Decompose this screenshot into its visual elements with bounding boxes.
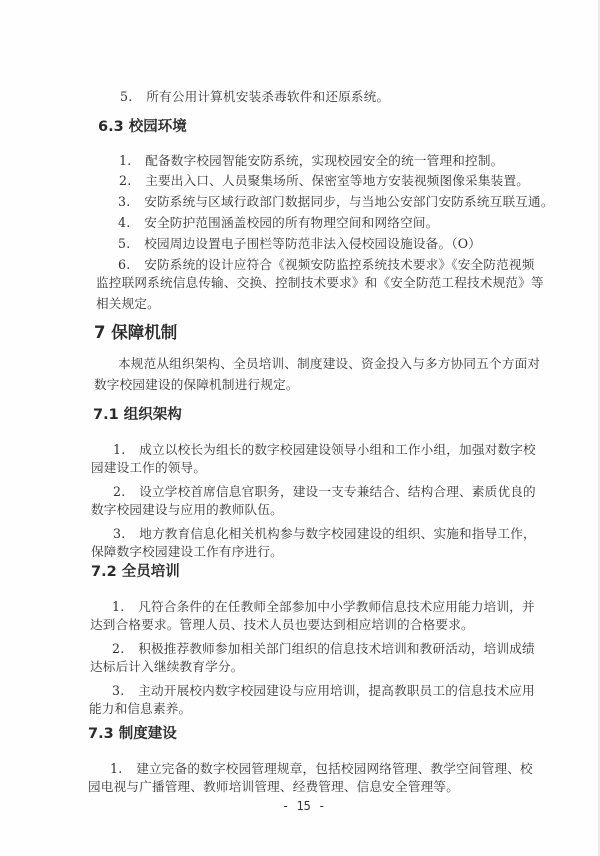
list-item-continuation: 园建设工作的领导。 [91,460,206,476]
paragraph-line: 本规范从组织架构、全员培训、制度建设、资金投入与多方协同五个方面对 [118,356,540,372]
list-number: 1. [112,599,134,614]
list-item-continuation: 保障数字校园建设工作有序进行。 [91,544,283,560]
section-heading-7-1: 7.1 组织架构 [93,403,182,424]
list-number: 3. [118,194,140,209]
document-page: 5. 所有公用计算机安装杀毒软件和还原系统。 6.3 校园环境 1. 配备数字校… [0,0,600,856]
list-number: 1. [113,442,135,457]
list-item: 1. 建立完备的数字校园管理规章，包括校园网络管理、教学空间管理、校 [110,758,533,777]
list-text: 成立以校长为组长的数字校园建设领导小组和工作小组，加强对数字校 [139,442,536,457]
list-number: 3. [112,683,134,698]
list-item: 1. 成立以校长为组长的数字校园建设领导小组和工作小组，加强对数字校 [113,439,536,458]
list-number: 1. [110,761,132,776]
list-item-continuation: 达标后计入继续教育学分。 [90,659,244,675]
list-text: 安全防护范围涵盖校园的所有物理空间和网络空间。 [144,215,438,230]
list-text: 积极推荐教师参加相关部门组织的信息技术培训和教研活动，培训成绩 [138,641,535,656]
list-text: 主动开展校内数字校园建设与应用培训，提高教职员工的信息技术应用 [138,683,535,698]
section-heading-6-3: 6.3 校园环境 [98,115,187,136]
list-item: 1. 配备数字校园智能安防系统，实现校园安全的统一管理和控制。 [119,150,503,169]
list-text: 配备数字校园智能安防系统，实现校园安全的统一管理和控制。 [145,153,503,168]
list-number: 6. [118,257,140,272]
list-item: 2. 积极推荐教师参加相关部门组织的信息技术培训和教研活动，培训成绩 [112,638,535,657]
list-item-continuation: 园电视与广播管理、教师培训管理、经费管理、信息安全管理等。 [88,779,459,795]
list-text: 安防系统的设计应符合《视频安防监控系统技术要求》《安全防范视频 [144,257,534,272]
list-item: 6. 安防系统的设计应符合《视频安防监控系统技术要求》《安全防范视频 [118,254,535,273]
list-item-continuation: 能力和信息素养。 [89,701,191,717]
list-text: 凡符合条件的在任教师全部参加中小学教师信息技术应用能力培训，并 [138,599,535,614]
list-number: 2. [112,641,134,656]
paragraph-line: 数字校园建设的保障机制进行规定。 [94,377,299,393]
list-number: 2. [113,484,135,499]
list-text: 地方教育信息化相关机构参与数字校园建设的组织、实施和指导工作， [139,526,536,541]
list-number: 5. [120,89,142,104]
list-text: 所有公用计算机安装杀毒软件和还原系统。 [146,89,389,104]
chapter-heading-7: 7 保障机制 [94,319,177,343]
list-item-continuation: 数字校园建设与应用的教师队伍。 [91,502,283,518]
list-item: 4. 安全防护范围涵盖校园的所有物理空间和网络空间。 [118,212,438,231]
list-item: 3. 安防系统与区域行政部门数据同步，与当地公安部门安防系统互联互通。 [118,191,554,210]
list-number: 3. [113,526,135,541]
list-number: 5. [118,236,140,251]
list-text: 主要出入口、人员聚集场所、保密室等地方安装视频图像采集装置。 [145,173,529,188]
list-item: 2. 主要出入口、人员聚集场所、保密室等地方安装视频图像采集装置。 [119,170,529,189]
section-heading-7-2: 7.2 全员培训 [91,560,180,581]
section-heading-7-3: 7.3 制度建设 [88,722,177,743]
list-text: 建立完备的数字校园管理规章，包括校园网络管理、教学空间管理、校 [136,761,533,776]
list-item: 2. 设立学校首席信息官职务，建设一支专兼结合、结构合理、素质优良的 [113,481,536,500]
list-number: 1. [119,153,141,168]
list-item: 5. 所有公用计算机安装杀毒软件和还原系统。 [120,86,389,105]
list-text: 设立学校首席信息官职务，建设一支专兼结合、结构合理、素质优良的 [139,484,536,499]
list-text: 安防系统与区域行政部门数据同步，与当地公安部门安防系统互联互通。 [144,194,553,209]
page-number: - 15 - [282,799,325,813]
list-item: 3. 地方教育信息化相关机构参与数字校园建设的组织、实施和指导工作， [113,523,536,542]
list-item: 5. 校园周边设置电子围栏等防范非法入侵校园设施设备。（O） [118,233,481,252]
list-number: 4. [118,215,140,230]
list-text: 校园周边设置电子围栏等防范非法入侵校园设施设备。（O） [144,236,481,251]
list-item-continuation: 监控联网系统信息传输、交换、控制技术要求》和《安全防范工程技术规范》等 [96,275,544,291]
list-number: 2. [119,173,141,188]
list-item: 1. 凡符合条件的在任教师全部参加中小学教师信息技术应用能力培训，并 [112,596,535,615]
list-item-continuation: 达到合格要求。管理人员、技术人员也要达到相应培训的合格要求。 [90,617,474,633]
list-item: 3. 主动开展校内数字校园建设与应用培训，提高教职员工的信息技术应用 [112,680,535,699]
list-item-continuation: 相关规定。 [96,296,160,312]
